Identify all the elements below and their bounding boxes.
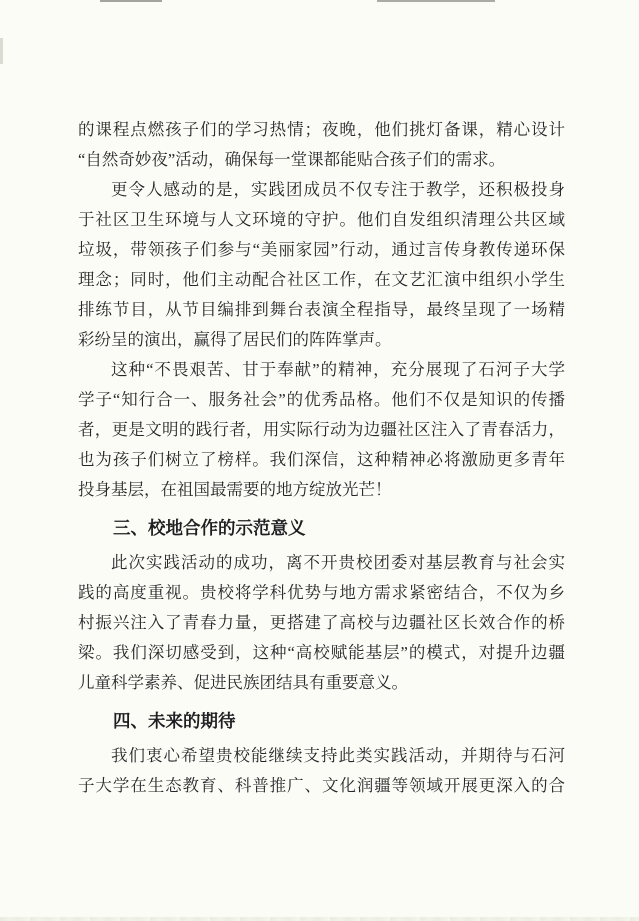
text-line: 这种“不畏艰苦、甘于奉献”的精神，充分展现了石河子大学	[78, 355, 565, 385]
text-line: 更令人感动的是，实践团成员不仅专注于教学，还积极投身	[78, 175, 565, 205]
scan-artifact-left-edge	[0, 38, 3, 64]
section-heading: 三、校地合作的示范意义	[78, 513, 565, 543]
section-heading: 四、未来的期待	[78, 706, 565, 736]
text-line: 此次实践活动的成功，离不开贵校团委对基层教育与社会实	[78, 548, 565, 578]
text-line: 我们衷心希望贵校能继续支持此类实践活动，并期待与石河	[78, 741, 565, 771]
text-line: 的课程点燃孩子们的学习热情；夜晚，他们挑灯备课，精心设计	[78, 115, 565, 145]
text-line: 者，更是文明的践行者，用实际行动为边疆社区注入了青春活力，	[78, 415, 565, 445]
text-line: 践的高度重视。贵校将学科优势与地方需求紧密结合，不仅为乡	[78, 578, 565, 608]
text-line: 理念；同时，他们主动配合社区工作，在文艺汇演中组织小学生	[78, 265, 565, 295]
text-line: 彩纷呈的演出，赢得了居民们的阵阵掌声。	[78, 325, 565, 355]
scan-artifact-top-right	[377, 0, 495, 2]
scan-artifact-top-left	[100, 0, 162, 2]
document-text-block: 的课程点燃孩子们的学习热情；夜晚，他们挑灯备课，精心设计“自然奇妙夜”活动，确保…	[78, 115, 565, 801]
text-line: 排练节目，从节目编排到舞台表演全程指导，最终呈现了一场精	[78, 295, 565, 325]
text-line: 村振兴注入了青春力量，更搭建了高校与边疆社区长效合作的桥	[78, 608, 565, 638]
scan-artifact-bottom-edge	[0, 917, 639, 921]
text-line: 也为孩子们树立了榜样。我们深信，这种精神必将激励更多青年	[78, 445, 565, 475]
text-line: 梁。我们深切感受到，这种“高校赋能基层”的模式，对提升边疆	[78, 638, 565, 668]
text-line: 于社区卫生环境与人文环境的守护。他们自发组织清理公共区域	[78, 205, 565, 235]
text-line: “自然奇妙夜”活动，确保每一堂课都能贴合孩子们的需求。	[78, 145, 565, 175]
text-line: 子大学在生态教育、科普推广、文化润疆等领域开展更深入的合	[78, 771, 565, 801]
text-line: 投身基层，在祖国最需要的地方绽放光芒！	[78, 475, 565, 505]
text-line: 学子“知行合一、服务社会”的优秀品格。他们不仅是知识的传播	[78, 385, 565, 415]
text-line: 垃圾，带领孩子们参与“美丽家园”行动，通过言传身教传递环保	[78, 235, 565, 265]
document-page: 的课程点燃孩子们的学习热情；夜晚，他们挑灯备课，精心设计“自然奇妙夜”活动，确保…	[0, 0, 639, 921]
text-line: 儿童科学素养、促进民族团结具有重要意义。	[78, 668, 565, 698]
